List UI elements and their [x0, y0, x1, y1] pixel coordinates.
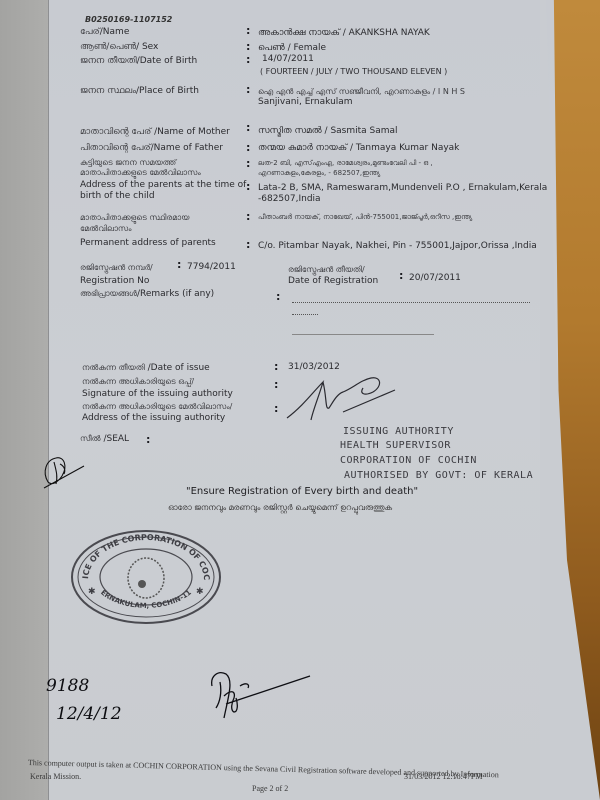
issuing-authority-signature: [283, 372, 403, 432]
svg-text:✱: ✱: [88, 587, 96, 597]
issuing-address-colon: :: [274, 402, 278, 415]
registration-no-label-ml: രജിസ്ട്രേഷൻ നമ്പർ/: [80, 262, 153, 273]
handwritten-number: 9188: [46, 676, 89, 696]
remarks-dotted-line-1: [292, 302, 530, 303]
footer-timestamp: 31/03/2012 12:18:47PM: [404, 772, 482, 781]
remarks-dotted-line-2: [292, 314, 318, 315]
place-of-birth-value-line1: ഐ എൻ എച്ച് എസ് സഞ്ജീവനി, എറണാകുളം / I N …: [258, 86, 465, 97]
date-of-issue-label: നൽകുന്ന തീയതി /Date of issue: [82, 362, 210, 374]
address-at-birth-ml-colon: :: [246, 157, 250, 170]
svg-text:OFFICE OF THE CORPORATION OF C: OFFICE OF THE CORPORATION OF COCHIN: [63, 515, 212, 581]
place-of-birth-colon: :: [246, 83, 250, 96]
sex-value: പെൺ / Female: [258, 43, 326, 54]
sex-label: ആൺ/പെൺ/ Sex: [80, 42, 250, 53]
handwritten-initials: [40, 452, 90, 492]
dob-label: ജനന തീയതി/Date of Birth: [80, 56, 250, 67]
place-of-birth-label: ജനന സ്ഥലം/Place of Birth: [80, 86, 250, 97]
signature-colon: :: [274, 378, 278, 391]
registration-no-label: Registration No: [80, 276, 149, 287]
registration-no-colon: :: [177, 258, 181, 271]
dob-value: 14/07/2011: [262, 54, 314, 65]
stamp-line-4: AUTHORISED BY GOVT: OF KERALA: [344, 470, 533, 481]
issuing-address-label: Address of the issuing authority: [82, 413, 225, 424]
registration-no-value: 7794/2011: [187, 262, 236, 273]
svg-text:ERNAKULAM, COCHIN-11: ERNAKULAM, COCHIN-11: [99, 588, 193, 610]
handwritten-date: 12/4/12: [56, 704, 122, 724]
name-label: പേര്/Name: [80, 27, 250, 38]
date-of-registration-label-ml: രജിസ്ട്രേഷൻ തീയതി/: [288, 264, 365, 275]
father-name-label: പിതാവിന്റെ പേര്/Name of Father: [80, 143, 250, 154]
address-at-birth-label: Address of the parents at the time of bi…: [80, 180, 260, 202]
dob-colon: :: [246, 53, 250, 66]
remarks-label: അഭിപ്രായങ്ങൾ/Remarks (if any): [80, 288, 214, 300]
stamp-line-3: CORPORATION OF COCHIN: [340, 455, 477, 466]
address-at-birth-value-ml-2: എറണാകുളം,കേരളം, - 682507,ഇന്ത്യ: [258, 168, 380, 179]
mother-name-value: സസ്മിത സമൽ / Sasmita Samal: [258, 126, 398, 137]
bottom-signature: [206, 668, 316, 728]
stamp-line-2: HEALTH SUPERVISOR: [340, 440, 451, 451]
mother-name-label: മാതാവിന്റെ പേര് /Name of Mother: [80, 127, 250, 138]
reference-number: B0250169-1107152: [85, 14, 172, 25]
issuing-address-label-ml: നൽകുന്ന അധികാരിയുടെ മേൽവിലാസം/: [82, 401, 232, 412]
signature-label: Signature of the issuing authority: [82, 389, 233, 400]
address-at-birth-colon: :: [246, 180, 250, 193]
permanent-address-ml-colon: :: [246, 210, 250, 223]
permanent-address-value: C/o. Pitambar Nayak, Nakhei, Pin - 75500…: [258, 241, 537, 252]
permanent-address-label: Permanent address of parents: [80, 238, 250, 249]
svg-text:✱: ✱: [196, 587, 204, 597]
footer-page-number: Page 2 of 2: [252, 784, 288, 793]
address-at-birth-value-line1: Lata-2 B, SMA, Rameswaram,Mundenveli P.O…: [258, 183, 547, 194]
name-colon: :: [246, 24, 250, 37]
date-of-registration-label: Date of Registration: [288, 276, 378, 287]
mother-name-colon: :: [246, 121, 250, 134]
date-of-registration-colon: :: [399, 269, 403, 282]
date-of-issue-colon: :: [274, 360, 278, 373]
seal-colon: :: [146, 433, 150, 446]
permanent-address-label-ml-1: മാതാപിതാക്കളുടെ സ്ഥിരമായ: [80, 212, 250, 223]
sex-colon: :: [246, 40, 250, 53]
remarks-colon: :: [276, 290, 280, 303]
father-name-value: തന്മയ കുമാർ നായക് / Tanmaya Kumar Nayak: [258, 143, 459, 154]
signature-label-ml: നൽകുന്ന അധികാരിയുടെ ഒപ്പ്/: [82, 376, 194, 387]
seal-label: സീൽ /SEAL: [80, 433, 129, 445]
permanent-address-value-ml: പീതാംബർ നായക്, നാഖേയ്, പിൻ-755001,ജാജ്പൂ…: [258, 212, 472, 223]
dob-words: ( FOURTEEN / JULY / TWO THOUSAND ELEVEN …: [260, 66, 447, 77]
father-name-colon: :: [246, 141, 250, 154]
corporation-round-seal: OFFICE OF THE CORPORATION OF COCHIN ERNA…: [66, 522, 226, 622]
place-of-birth-value-line2: Sanjivani, Ernakulam: [258, 97, 353, 108]
footer-disclaimer-line2: Kerala Mission.: [30, 772, 81, 781]
stamp-line-1: ISSUING AUTHORITY: [343, 426, 454, 437]
permanent-address-colon: :: [246, 238, 250, 251]
table-surface-left: [0, 0, 50, 800]
date-of-registration-value: 20/07/2011: [409, 273, 461, 284]
name-value: അകാൻക്ഷ നായക് / AKANKSHA NAYAK: [258, 28, 430, 39]
remarks-underline: [292, 334, 434, 335]
address-at-birth-label-ml-2: മാതാപിതാക്കളുടെ മേൽവിലാസം: [80, 167, 250, 178]
address-at-birth-value-line2: -682507,India: [258, 194, 321, 205]
permanent-address-label-ml-2: മേൽവിലാസം: [80, 223, 250, 234]
slogan-english: "Ensure Registration of Every birth and …: [186, 486, 418, 497]
slogan-malayalam: ഓരോ ജനനവും മരണവും രജിസ്റ്റർ ചെയ്യുമെന്ന്…: [168, 503, 392, 513]
